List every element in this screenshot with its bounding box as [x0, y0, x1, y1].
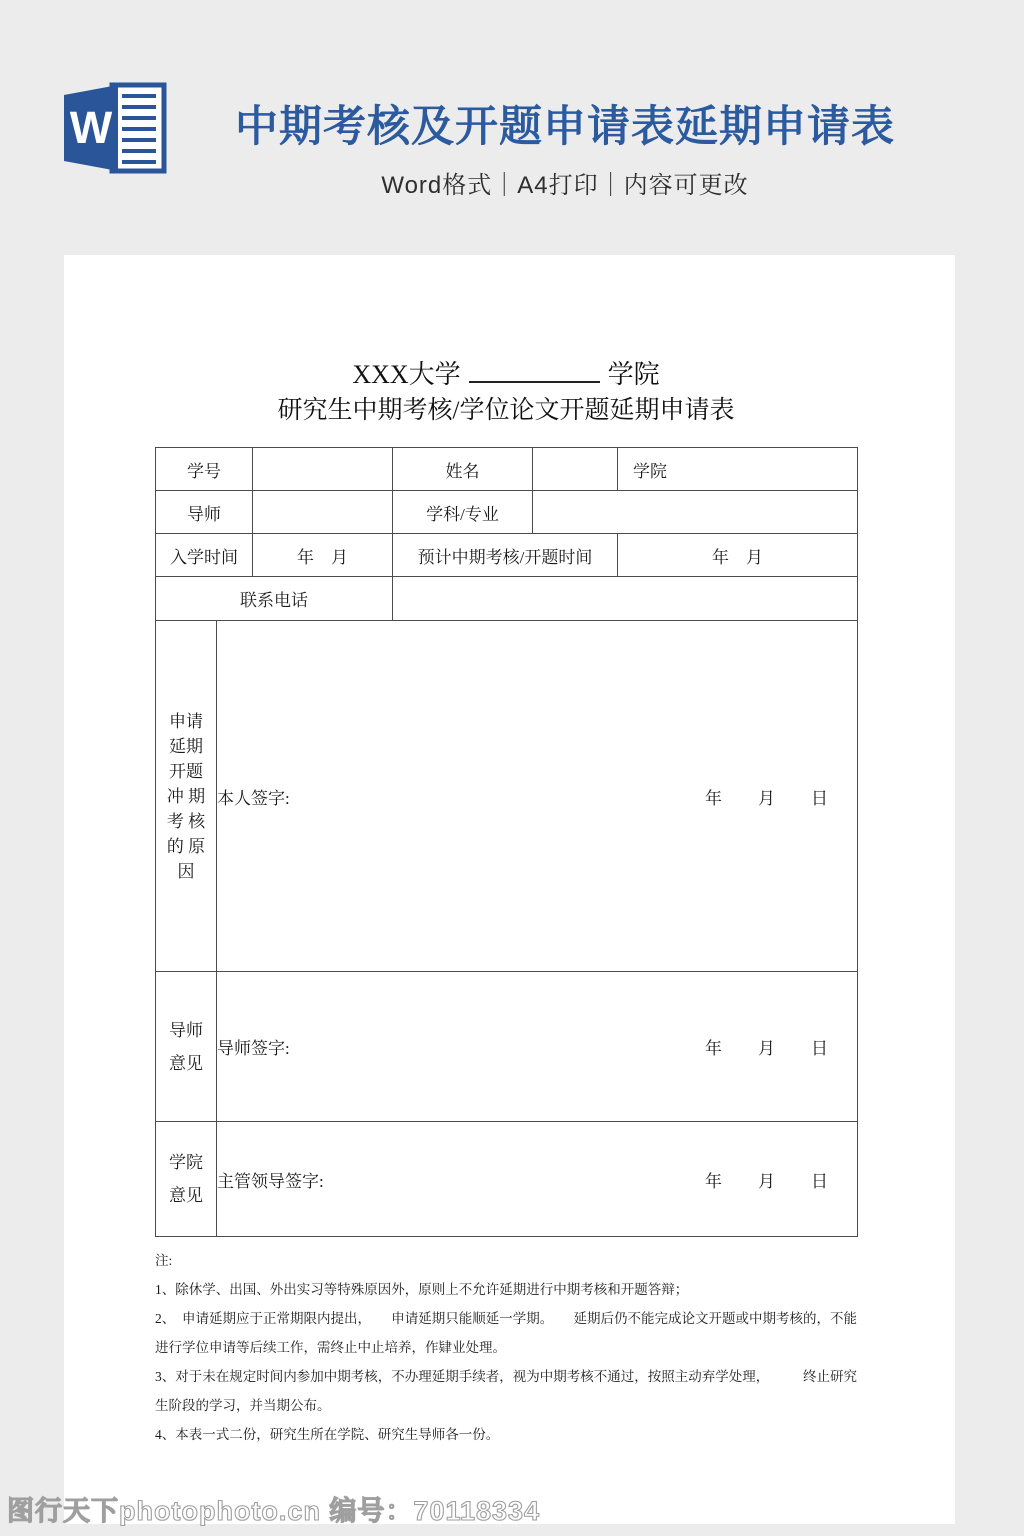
- blank-underline: [469, 359, 600, 383]
- student-id-input-cell: [253, 448, 393, 491]
- reason-label-line: 因: [156, 859, 216, 884]
- phone-input-cell: [393, 577, 858, 621]
- page-title: 中期考核及开题申请表延期申请表: [170, 93, 960, 154]
- document-page: XXX大学学院 研究生中期考核/学位论文开题延期申请表 学号 姓名 学院 导师 …: [64, 255, 955, 1524]
- date-ymd: 年 月 日: [705, 1034, 828, 1059]
- advisor-signature-row: 导师签字: 年 月 日: [217, 1034, 857, 1059]
- advisor-label: 导师: [156, 491, 253, 534]
- opinion-table: 申请 延期 开题 冲 期 考 核 的 原 因 本人签字: 年 月: [155, 620, 858, 1237]
- month-label: 月: [758, 784, 775, 809]
- reason-label-line: 延期: [156, 734, 216, 759]
- table-row: 联系电话: [156, 577, 858, 621]
- word-icon-letter: W: [70, 102, 113, 153]
- day-label: 日: [811, 784, 828, 809]
- college-opinion-section: 学院 意见 主管领导签字: 年 月 日: [156, 1122, 858, 1237]
- month-label: 月: [758, 1167, 775, 1192]
- document-content: XXX大学学院 研究生中期考核/学位论文开题延期申请表 学号 姓名 学院 导师 …: [155, 255, 857, 1449]
- advisor-input-cell: [253, 491, 393, 534]
- reason-label-line: 开题: [156, 759, 216, 784]
- advisor-opinion-content-cell: 导师签字: 年 月 日: [217, 972, 858, 1122]
- notes-heading: 注:: [155, 1246, 857, 1275]
- enroll-time-label: 入学时间: [156, 534, 253, 577]
- self-signature-row: 本人签字: 年 月 日: [217, 784, 857, 809]
- enroll-time-value: 年 月: [253, 534, 393, 577]
- college-opinion-label: 学院 意见: [156, 1122, 217, 1237]
- major-input-cell: [533, 491, 858, 534]
- note-item-4: 4、本表一式二份，研究生所在学院、研究生导师各一份。: [155, 1420, 857, 1449]
- notes: 注: 1、除休学、出国、外出实习等特殊原因外，原则上不允许延期进行中期考核和开题…: [155, 1246, 857, 1449]
- note-item-1: 1、除休学、出国、外出实习等特殊原因外，原则上不允许延期进行中期考核和开题答辩；: [155, 1275, 857, 1304]
- expected-time-label: 预计中期考核/开题时间: [393, 534, 618, 577]
- note-item-2: 2、 申请延期应于正常期限内提出， 申请延期只能顺延一学期。 延期后仍不能完成论…: [155, 1304, 857, 1362]
- table-row: 学号 姓名 学院: [156, 448, 858, 491]
- year-label: 年: [705, 1034, 722, 1059]
- phone-label: 联系电话: [156, 577, 393, 621]
- form-title-college: 学院: [608, 360, 660, 389]
- day-label: 日: [811, 1167, 828, 1192]
- advisor-opinion-label-line: 导师: [156, 1014, 216, 1047]
- page-subtitle: Word格式｜A4打印｜内容可更改: [170, 165, 960, 200]
- advisor-opinion-label: 导师 意见: [156, 972, 217, 1122]
- name-label: 姓名: [393, 448, 533, 491]
- date-ymd: 年 月 日: [705, 1167, 828, 1192]
- reason-label: 申请 延期 开题 冲 期 考 核 的 原 因: [156, 621, 217, 972]
- advisor-opinion-label-line: 意见: [156, 1047, 216, 1080]
- form-title-line2: 研究生中期考核/学位论文开题延期申请表: [155, 395, 857, 426]
- form-title-line1: XXX大学学院: [155, 255, 857, 391]
- day-label: 日: [811, 1034, 828, 1059]
- note-item-3: 3、对于未在规定时间内参加中期考核，不办理延期手续者，视为中期考核不通过，按照主…: [155, 1362, 857, 1420]
- leader-signature-row: 主管领导签字: 年 月 日: [217, 1167, 857, 1192]
- advisor-signature-label: 导师签字:: [217, 1034, 290, 1059]
- word-icon: W: [56, 80, 172, 176]
- year-label: 年: [705, 1167, 722, 1192]
- year-label: 年: [705, 784, 722, 809]
- reason-label-line: 的 原: [156, 834, 216, 859]
- college-opinion-label-line: 意见: [156, 1179, 216, 1212]
- reason-section: 申请 延期 开题 冲 期 考 核 的 原 因 本人签字: 年 月: [156, 621, 858, 972]
- college-opinion-label-line: 学院: [156, 1146, 216, 1179]
- date-ymd: 年 月 日: [705, 784, 828, 809]
- college-label: 学院: [618, 448, 858, 491]
- site-watermark: 图行天下photophoto.cn 编号：70118334: [7, 1489, 540, 1528]
- header-text: 中期考核及开题申请表延期申请表 Word格式｜A4打印｜内容可更改: [170, 0, 960, 200]
- word-icon-text-lines: [122, 96, 156, 162]
- self-signature-label: 本人签字:: [217, 784, 290, 809]
- name-input-cell: [533, 448, 618, 491]
- site-header: W 中期考核及开题申请表延期申请表 Word格式｜A4打印｜内容可更改: [0, 0, 1024, 255]
- reason-label-line: 冲 期: [156, 784, 216, 809]
- leader-signature-label: 主管领导签字:: [217, 1167, 324, 1192]
- table-row: 入学时间 年 月 预计中期考核/开题时间 年 月: [156, 534, 858, 577]
- college-opinion-content-cell: 主管领导签字: 年 月 日: [217, 1122, 858, 1237]
- expected-time-value: 年 月: [618, 534, 858, 577]
- advisor-opinion-section: 导师 意见 导师签字: 年 月 日: [156, 972, 858, 1122]
- major-label: 学科/专业: [393, 491, 533, 534]
- table-row: 导师 学科/专业: [156, 491, 858, 534]
- reason-content-cell: 本人签字: 年 月 日: [217, 621, 858, 972]
- student-id-label: 学号: [156, 448, 253, 491]
- reason-label-line: 考 核: [156, 809, 216, 834]
- form-title-university: XXX大学: [352, 360, 460, 389]
- month-label: 月: [758, 1034, 775, 1059]
- info-table: 学号 姓名 学院 导师 学科/专业 入学时间 年 月 预计中期考核/开题时间 年: [155, 447, 858, 621]
- word-icon-graphic: W: [56, 80, 172, 176]
- reason-label-line: 申请: [156, 709, 216, 734]
